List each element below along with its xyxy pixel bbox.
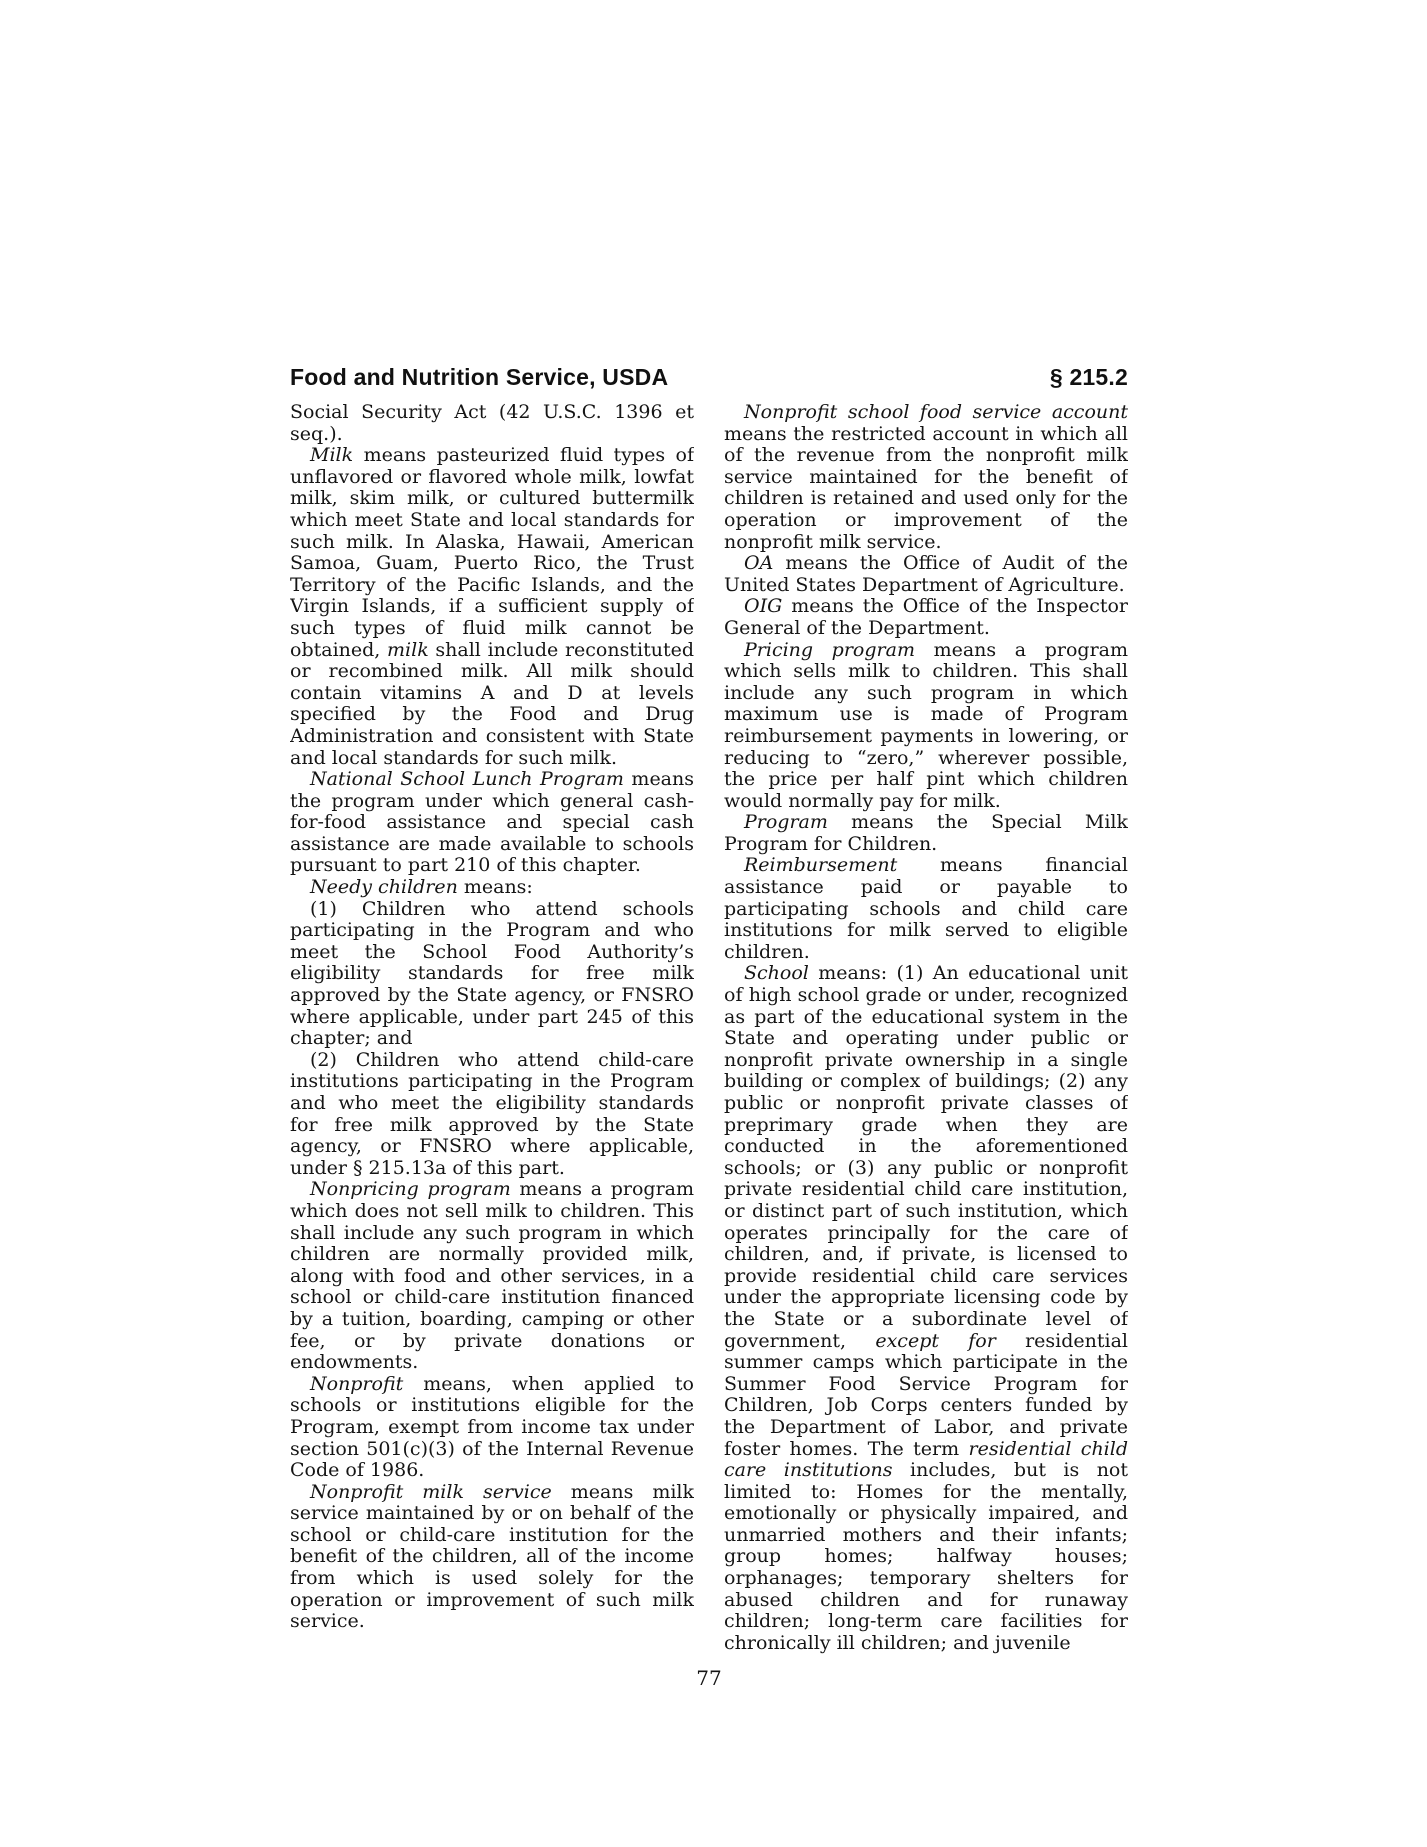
paragraph: (1) Children who attend schools particip… (290, 899, 694, 1050)
defined-term: OA (744, 552, 773, 574)
defined-term: School (744, 962, 809, 984)
paragraph: Nonprofit milk service means milk servic… (290, 1482, 694, 1633)
left-column: Social Security Act (42 U.S.C. 1396 et s… (290, 402, 694, 1654)
body-text: (2) Children who attend child-care insti… (290, 1049, 694, 1179)
page-number: 77 (290, 1666, 1128, 1690)
defined-term: Program (744, 811, 828, 833)
defined-term: Nonprofit school food service account (744, 402, 1128, 423)
body-text: means the Office of the Inspector Genera… (724, 595, 1128, 639)
paragraph: Needy children means: (290, 877, 694, 899)
body-text: means the Office of Audit of the United … (724, 552, 1128, 596)
body-text: means the restricted account in which al… (724, 423, 1128, 553)
defined-term: except for (875, 1330, 995, 1352)
paragraph: OIG means the Office of the Inspector Ge… (724, 596, 1128, 639)
defined-term: Pricing program (744, 639, 915, 661)
document-page: Food and Nutrition Service, USDA § 215.2… (0, 0, 1427, 1847)
defined-term: Needy children (310, 876, 458, 898)
paragraph: National School Lunch Program means the … (290, 769, 694, 877)
paragraph: Reimbursement means financial assistance… (724, 855, 1128, 963)
body-text: (1) Children who attend schools particip… (290, 898, 694, 1050)
paragraph: (2) Children who attend child-care insti… (290, 1050, 694, 1180)
defined-term: Nonprofit milk service (310, 1481, 552, 1503)
running-header: Food and Nutrition Service, USDA § 215.2 (290, 364, 1128, 391)
two-column-text-body: Social Security Act (42 U.S.C. 1396 et s… (290, 402, 1128, 1654)
body-text: means milk service maintained by or on b… (290, 1481, 694, 1633)
paragraph: Pricing program means a program which se… (724, 640, 1128, 813)
defined-term: Nonpricing program (310, 1178, 511, 1200)
header-agency-title: Food and Nutrition Service, USDA (290, 364, 668, 391)
body-text: means: (458, 876, 533, 898)
paragraph: Program means the Special Milk Program f… (724, 812, 1128, 855)
paragraph: Milk means pasteurized fluid types of un… (290, 445, 694, 769)
paragraph: Nonpricing program means a program which… (290, 1179, 694, 1373)
paragraph: OA means the Office of Audit of the Unit… (724, 553, 1128, 596)
defined-term: milk (387, 639, 429, 661)
paragraph: School means: (1) An educational unit of… (724, 963, 1128, 1654)
body-text: Social Security Act (42 U.S.C. 1396 et s… (290, 402, 694, 445)
body-text: means: (1) An educational unit of high s… (724, 962, 1128, 1351)
defined-term: OIG (744, 595, 782, 617)
defined-term: Milk (310, 444, 353, 466)
body-text: means pasteurized fluid types of unflavo… (290, 444, 694, 660)
defined-term: National School Lunch Program (310, 768, 624, 790)
paragraph: Social Security Act (42 U.S.C. 1396 et s… (290, 402, 694, 445)
paragraph: Nonprofit school food service account me… (724, 402, 1128, 553)
body-text: means a program which does not sell milk… (290, 1178, 694, 1373)
header-section-number: § 215.2 (1050, 364, 1128, 391)
body-text: includes, but is not limited to: Homes f… (724, 1459, 1128, 1654)
defined-term: Nonprofit (310, 1373, 403, 1395)
right-column: Nonprofit school food service account me… (724, 402, 1128, 1654)
body-text: means a program which sells milk to chil… (724, 639, 1128, 812)
defined-term: Reimbursement (744, 854, 897, 876)
paragraph: Nonprofit means, when applied to schools… (290, 1374, 694, 1482)
